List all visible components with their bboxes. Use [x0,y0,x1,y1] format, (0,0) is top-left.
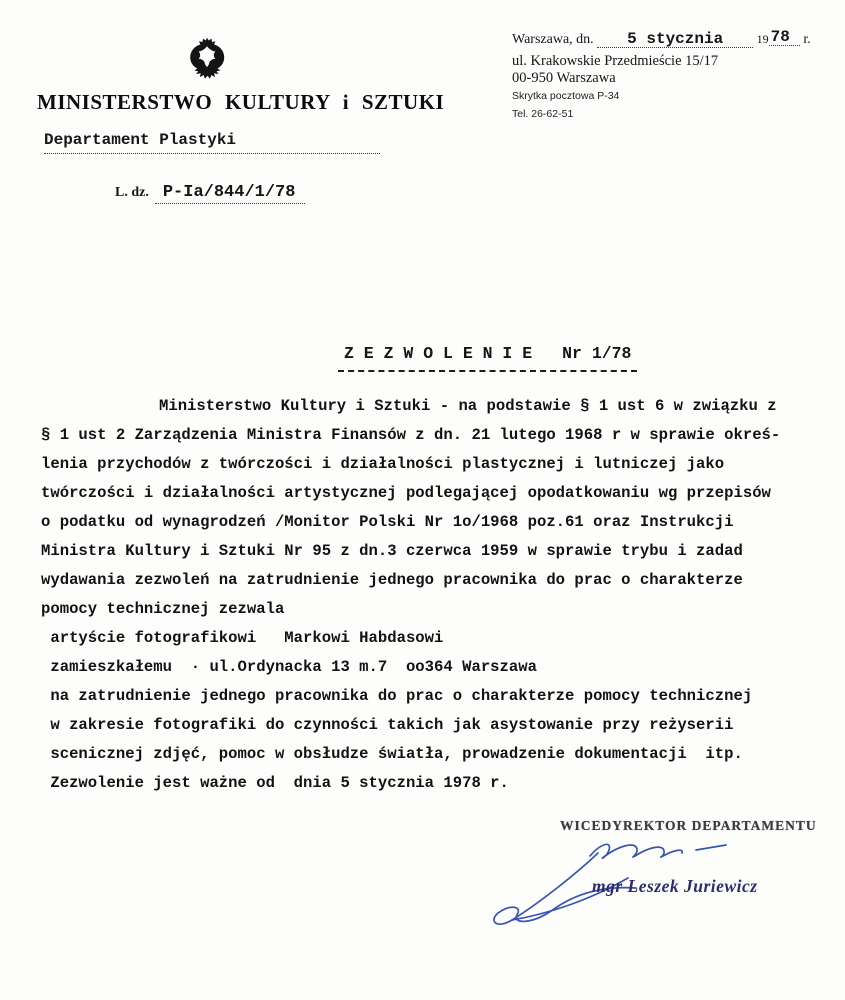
body-line: zamieszkałemu · ul.Ordynacka 13 m.7 oo36… [41,653,827,682]
po-box: Skrytka pocztowa P-34 [512,89,832,104]
body-line: w zakresie fotografiki do czynności taki… [41,711,827,740]
body-line: twórczości i działalności artystycznej p… [41,479,827,508]
document-title: Z E Z W O L E N I ENr 1/78 [338,344,637,372]
letterhead-address-block: Warszawa, dn. 5 stycznia 1978 r. ul. Kra… [512,32,832,122]
reference-line: L. dz.P-Ia/844/1/78 [115,183,305,204]
body-line: lenia przychodów z twórczości i działaln… [41,450,827,479]
reference-number: P-Ia/844/1/78 [155,183,306,204]
phone: Tel. 26-62-51 [512,107,832,122]
polish-eagle-emblem-icon [186,36,228,90]
body-line: o podatku od wynagrodzeń /Monitor Polski… [41,508,827,537]
body-line: na zatrudnienie jednego pracownika do pr… [41,682,827,711]
body-line: Zezwolenie jest ważne od dnia 5 stycznia… [41,769,827,798]
document-page: Warszawa, dn. 5 stycznia 1978 r. ul. Kra… [0,0,845,1000]
department-name: Departament Plastyki [44,131,380,154]
address-street: ul. Krakowskie Przedmieście 15/17 [512,54,832,69]
body-line: artyście fotografikowi Markowi Habdasowi [41,624,827,653]
reference-label: L. dz. [115,185,149,200]
typed-date: 5 stycznia [597,32,753,48]
signer-name: mgr Leszek Juriewicz [592,876,758,897]
title-number: Nr 1/78 [562,344,631,363]
city-label: Warszawa, dn. [512,32,594,47]
title-text: Z E Z W O L E N I E [344,344,532,363]
body-line: Ministerstwo Kultury i Sztuki - na podst… [41,392,827,421]
ministry-name: MINISTERSTWO KULTURY i SZTUKI [37,90,457,115]
date-line: Warszawa, dn. 5 stycznia 1978 r. [512,32,832,48]
body-line: Ministra Kultury i Sztuki Nr 95 z dn.3 c… [41,537,827,566]
body-line: § 1 ust 2 Zarządzenia Ministra Finansów … [41,421,827,450]
body-line: scenicznej zdjęć, pomoc w obsłudze świat… [41,740,827,769]
year-suffix: r. [803,32,810,47]
address-city: 00-950 Warszawa [512,71,832,86]
body-line: wydawania zezwoleń na zatrudnienie jedne… [41,566,827,595]
year-prefix: 19 [757,32,769,46]
body-paragraph: Ministerstwo Kultury i Sztuki - na podst… [41,392,827,798]
body-line: pomocy technicznej zezwala [41,595,827,624]
typed-year: 78 [769,30,800,46]
